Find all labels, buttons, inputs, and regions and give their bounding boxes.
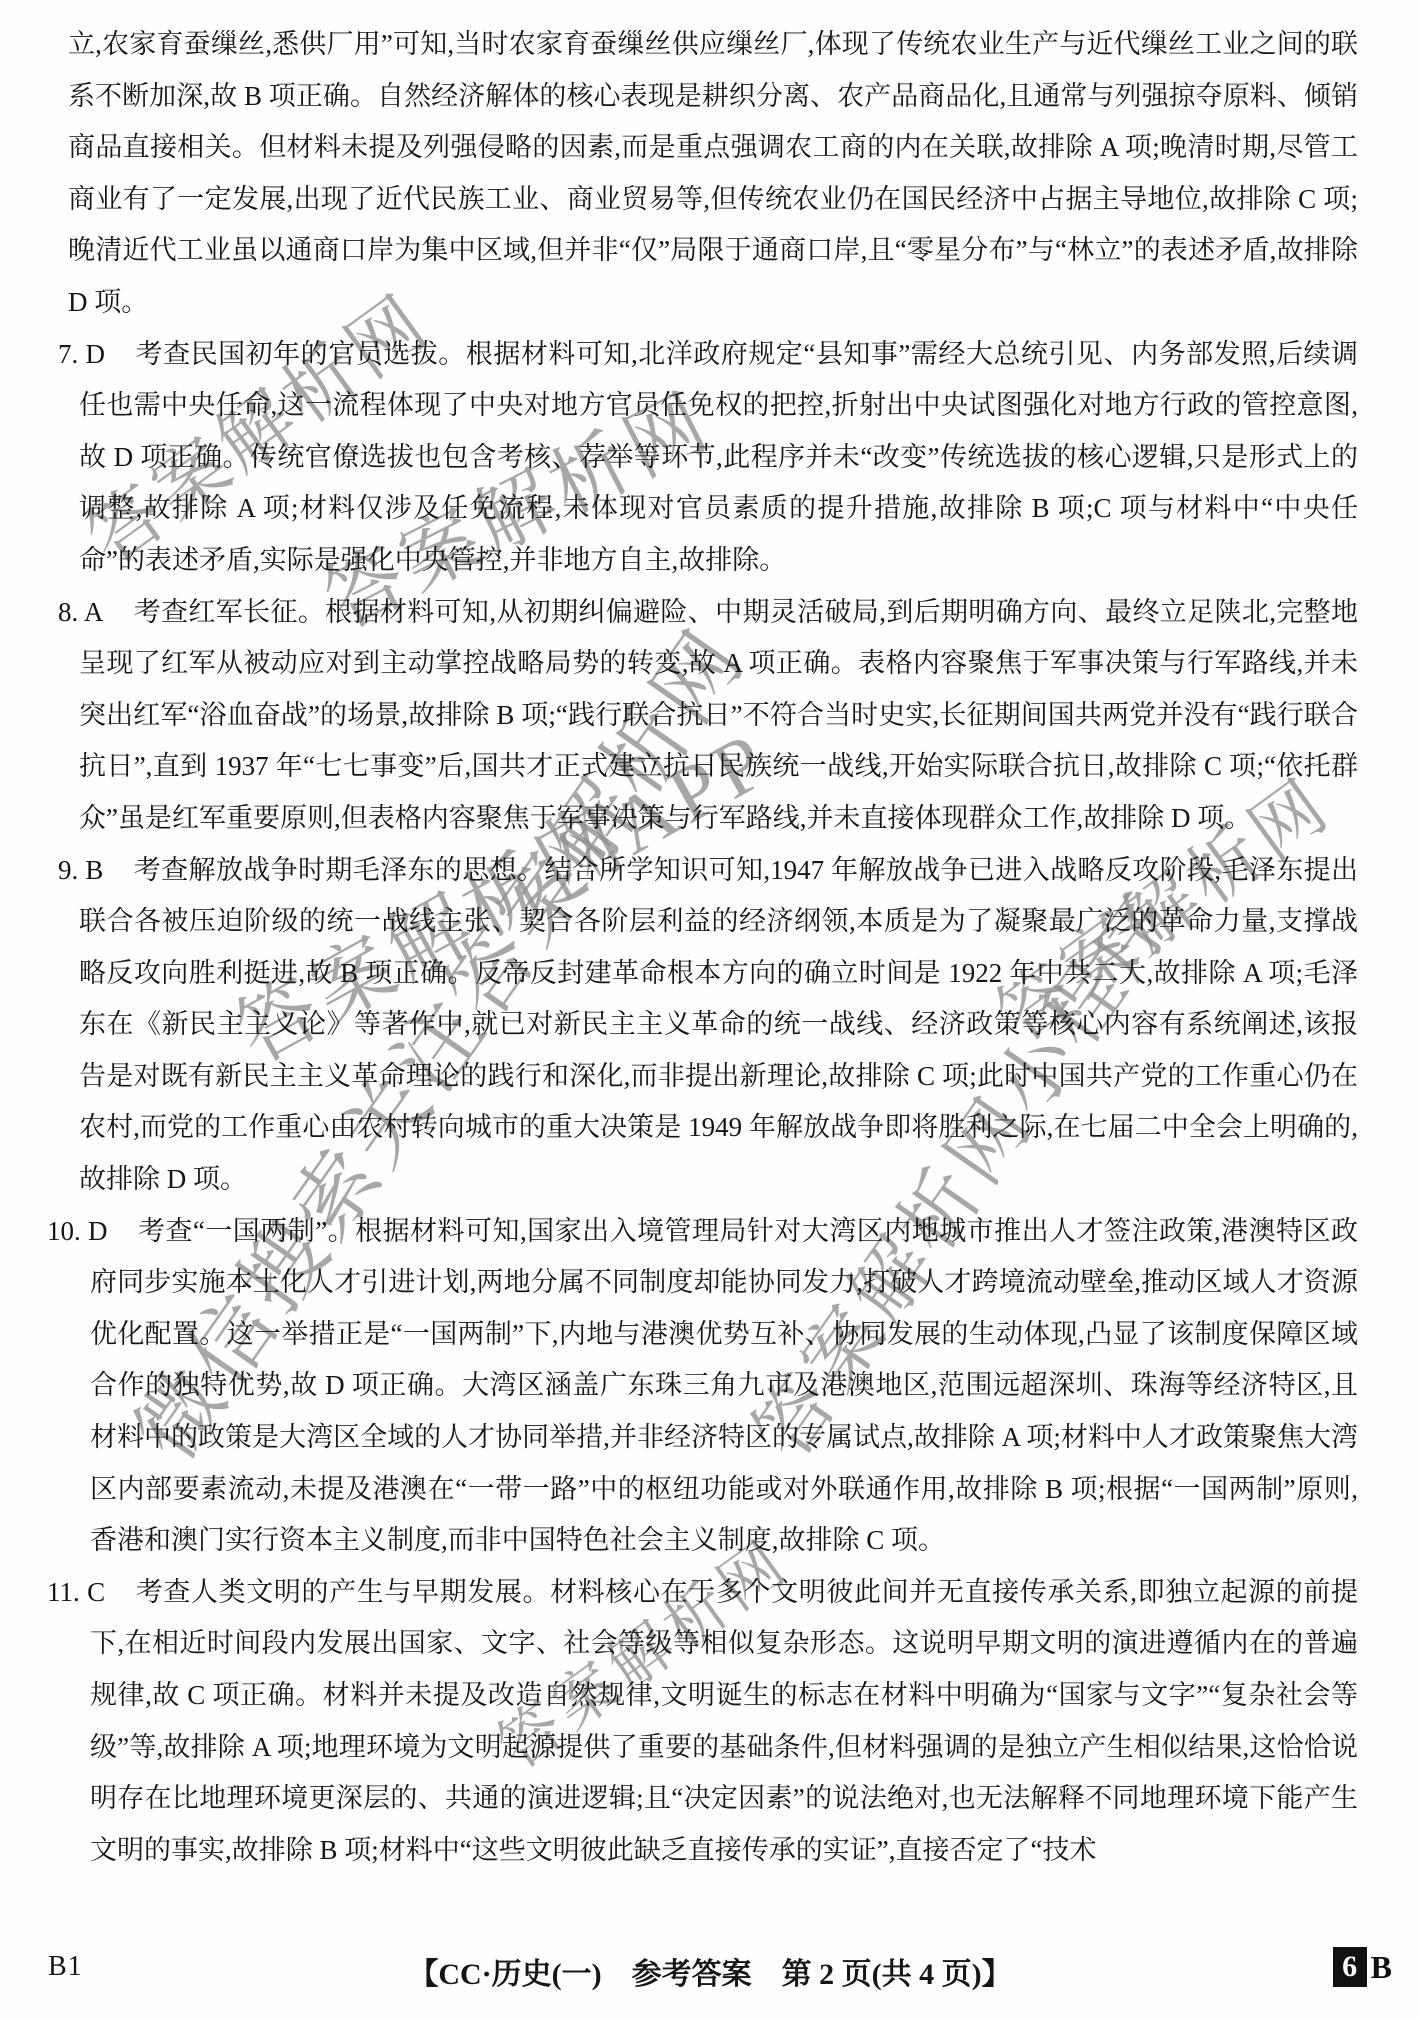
answer-item-10: 10. D考查“一国两制”。根据材料可知,国家出入境管理局针对大湾区内地城市推出… <box>0 1206 1420 1567</box>
answer-number: 9. B <box>58 855 103 885</box>
footer-number-badge: 6 <box>1333 1947 1367 1987</box>
answer-item-7: 7. D考查民国初年的官员选拔。根据材料可知,北洋政府规定“县知事”需经大总统引… <box>0 329 1420 587</box>
answer-item-6-continuation: 立,农家育蚕缫丝,悉供厂用”可知,当时农家育蚕缫丝供应缫丝厂,体现了传统农业生产… <box>0 19 1420 329</box>
footer-title-pagination: 【CC·历史(一) 参考答案 第 2 页(共 4 页)】 <box>0 1949 1420 1993</box>
answer-text: 考查民国初年的官员选拔。根据材料可知,北洋政府规定“县知事”需经大总统引见、内务… <box>79 339 1358 575</box>
answer-item-8: 8. A考查红军长征。根据材料可知,从初期纠偏避险、中期灵活破局,到后期明确方向… <box>0 587 1420 845</box>
answer-text: 考查红军长征。根据材料可知,从初期纠偏避险、中期灵活破局,到后期明确方向、最终立… <box>79 597 1358 833</box>
answer-number: 7. D <box>58 339 105 369</box>
answer-number: 8. A <box>58 597 103 627</box>
answer-key-page: 答案解析网 答案解析网 答案解析网APP 微信搜索关注答案解析网 答案解析网小程… <box>0 0 1420 2018</box>
answer-text: 考查人类文明的产生与早期发展。材料核心在于多个文明彼此间并无直接传承关系,即独立… <box>90 1577 1358 1865</box>
answer-item-9: 9. B考查解放战争时期毛泽东的思想。结合所学知识可知,1947 年解放战争已进… <box>0 845 1420 1206</box>
answer-explanations: 立,农家育蚕缫丝,悉供厂用”可知,当时农家育蚕缫丝供应缫丝厂,体现了传统农业生产… <box>0 19 1420 1876</box>
answer-number: 11. C <box>47 1577 105 1607</box>
answer-text: 考查“一国两制”。根据材料可知,国家出入境管理局针对大湾区内地城市推出人才签注政… <box>90 1216 1358 1556</box>
page-footer: B1 【CC·历史(一) 参考答案 第 2 页(共 4 页)】 6B <box>0 1945 1420 1995</box>
answer-number: 10. D <box>47 1216 107 1246</box>
footer-letter: B <box>1371 1949 1392 1986</box>
answer-text: 考查解放战争时期毛泽东的思想。结合所学知识可知,1947 年解放战争已进入战略反… <box>79 855 1358 1195</box>
footer-right-code: 6B <box>1333 1947 1392 1987</box>
answer-item-11: 11. C考查人类文明的产生与早期发展。材料核心在于多个文明彼此间并无直接传承关… <box>0 1567 1420 1877</box>
